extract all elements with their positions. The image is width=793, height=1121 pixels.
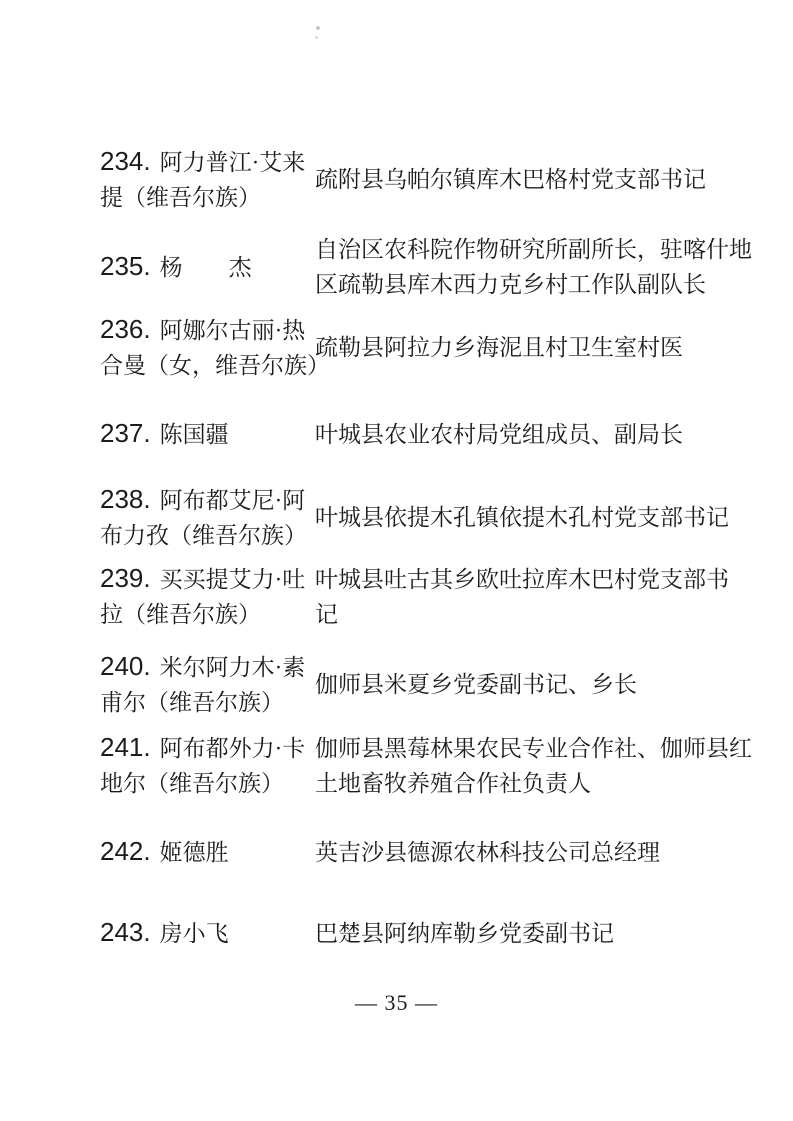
- entry-row: 236.阿娜尔古丽·热合曼（女，维吾尔族）疏勒县阿拉力乡海泥且村卫生室村医: [100, 312, 760, 383]
- entry-name-line: 提（维吾尔族）: [100, 180, 315, 215]
- entry-row: 238.阿布都艾尼·阿布力孜（维吾尔族）叶城县依提木孔镇依提木孔村党支部书记: [100, 482, 760, 553]
- entry-number: 243.: [100, 917, 151, 947]
- page-footer: — 35 —: [0, 990, 793, 1016]
- entry-name-text: 阿布都艾尼·阿: [160, 488, 306, 513]
- entry-number: 237.: [100, 418, 151, 448]
- entry-row: 239.买买提艾力·吐拉（维吾尔族）叶城县吐古其乡欧吐拉库木巴村党支部书记: [100, 561, 760, 632]
- entry-number: 236.: [100, 314, 151, 344]
- entry-description-cell: 疏附县乌帕尔镇库木巴格村党支部书记: [315, 162, 760, 197]
- entry-row: 235.杨 杰自治区农科院作物研究所副所长，驻喀什地区疏勒县库木西力克乡村工作队…: [100, 232, 760, 302]
- entry-number: 238.: [100, 484, 151, 514]
- entry-description-cell: 巴楚县阿纳库勒乡党委副书记: [315, 916, 760, 951]
- entry-name-text: 房小飞: [160, 921, 229, 946]
- entry-description-line: 区疏勒县库木西力克乡村工作队副队长: [315, 267, 760, 302]
- entry-name-text: 杨 杰: [160, 255, 252, 280]
- entry-name-cell: 234.阿力普江·艾来提（维吾尔族）: [100, 144, 315, 215]
- document-page: 234.阿力普江·艾来提（维吾尔族）疏附县乌帕尔镇库木巴格村党支部书记235.杨…: [0, 0, 793, 1121]
- entry-description-line: 巴楚县阿纳库勒乡党委副书记: [315, 916, 760, 951]
- entry-name-line: 合曼（女，维吾尔族）: [100, 348, 315, 383]
- entry-name-line: 243.房小飞: [100, 915, 315, 951]
- entry-description-line: 叶城县吐古其乡欧吐拉库木巴村党支部书: [315, 562, 760, 597]
- entry-name-line: 241.阿布都外力·卡: [100, 730, 315, 766]
- entry-number: 240.: [100, 651, 151, 681]
- entry-row: 242.姬德胜英吉沙县德源农林科技公司总经理: [100, 834, 760, 870]
- entry-row: 243.房小飞巴楚县阿纳库勒乡党委副书记: [100, 915, 760, 951]
- entry-description-cell: 叶城县吐古其乡欧吐拉库木巴村党支部书记: [315, 562, 760, 632]
- entry-name-line: 239.买买提艾力·吐: [100, 561, 315, 597]
- entry-name-cell: 240.米尔阿力木·素甫尔（维吾尔族）: [100, 649, 315, 720]
- entry-name-cell: 241.阿布都外力·卡地尔（维吾尔族）: [100, 730, 315, 801]
- entry-description-line: 记: [315, 597, 760, 632]
- entries-list: 234.阿力普江·艾来提（维吾尔族）疏附县乌帕尔镇库木巴格村党支部书记235.杨…: [100, 144, 760, 951]
- entry-row: 241.阿布都外力·卡地尔（维吾尔族）伽师县黑莓林果农民专业合作社、伽师县红土地…: [100, 730, 760, 801]
- entry-name-line: 布力孜（维吾尔族）: [100, 518, 315, 553]
- entry-name-line: 地尔（维吾尔族）: [100, 766, 315, 801]
- entry-description-line: 疏勒县阿拉力乡海泥且村卫生室村医: [315, 330, 760, 365]
- entry-name-line: 236.阿娜尔古丽·热: [100, 312, 315, 348]
- scan-speck: [315, 36, 318, 39]
- entry-name-text: 阿力普江·艾来: [160, 150, 306, 175]
- entry-description-line: 土地畜牧养殖合作社负责人: [315, 766, 760, 801]
- entry-name-text: 姬德胜: [160, 840, 229, 865]
- entry-row: 237.陈国疆叶城县农业农村局党组成员、副局长: [100, 416, 760, 452]
- entry-description-line: 伽师县米夏乡党委副书记、乡长: [315, 667, 760, 702]
- entry-name-line: 238.阿布都艾尼·阿: [100, 482, 315, 518]
- entry-number: 241.: [100, 732, 151, 762]
- entry-description-line: 伽师县黑莓林果农民专业合作社、伽师县红: [315, 731, 760, 766]
- entry-number: 234.: [100, 146, 151, 176]
- entry-name-cell: 239.买买提艾力·吐拉（维吾尔族）: [100, 561, 315, 632]
- entry-description-line: 叶城县农业农村局党组成员、副局长: [315, 417, 760, 452]
- entry-description-line: 叶城县依提木孔镇依提木孔村党支部书记: [315, 500, 760, 535]
- entry-name-line: 234.阿力普江·艾来: [100, 144, 315, 180]
- entry-description-line: 英吉沙县德源农林科技公司总经理: [315, 835, 760, 870]
- entry-description-cell: 英吉沙县德源农林科技公司总经理: [315, 835, 760, 870]
- entry-description-line: 自治区农科院作物研究所副所长，驻喀什地: [315, 232, 760, 267]
- page-number: — 35 —: [355, 990, 438, 1015]
- entry-description-cell: 伽师县黑莓林果农民专业合作社、伽师县红土地畜牧养殖合作社负责人: [315, 731, 760, 801]
- entry-name-text: 米尔阿力木·素: [160, 655, 306, 680]
- entry-name-cell: 236.阿娜尔古丽·热合曼（女，维吾尔族）: [100, 312, 315, 383]
- entry-description-cell: 伽师县米夏乡党委副书记、乡长: [315, 667, 760, 702]
- scan-speck: [316, 26, 320, 30]
- entry-name-text: 买买提艾力·吐: [160, 567, 306, 592]
- entry-name-cell: 243.房小飞: [100, 915, 315, 951]
- entry-name-line: 235.杨 杰: [100, 249, 315, 285]
- entry-name-line: 237.陈国疆: [100, 416, 315, 452]
- entry-row: 240.米尔阿力木·素甫尔（维吾尔族）伽师县米夏乡党委副书记、乡长: [100, 649, 760, 720]
- entry-name-text: 陈国疆: [160, 422, 229, 447]
- entry-name-cell: 242.姬德胜: [100, 834, 315, 870]
- entry-name-line: 拉（维吾尔族）: [100, 597, 315, 632]
- entry-name-text: 阿娜尔古丽·热: [160, 318, 306, 343]
- entry-number: 239.: [100, 563, 151, 593]
- entry-name-line: 甫尔（维吾尔族）: [100, 685, 315, 720]
- entry-description-cell: 叶城县农业农村局党组成员、副局长: [315, 417, 760, 452]
- entry-name-line: 242.姬德胜: [100, 834, 315, 870]
- entry-number: 235.: [100, 251, 151, 281]
- entry-name-cell: 235.杨 杰: [100, 249, 315, 285]
- entry-row: 234.阿力普江·艾来提（维吾尔族）疏附县乌帕尔镇库木巴格村党支部书记: [100, 144, 760, 215]
- entry-name-text: 阿布都外力·卡: [160, 736, 306, 761]
- entry-description-cell: 自治区农科院作物研究所副所长，驻喀什地区疏勒县库木西力克乡村工作队副队长: [315, 232, 760, 302]
- entry-description-line: 疏附县乌帕尔镇库木巴格村党支部书记: [315, 162, 760, 197]
- entry-name-cell: 238.阿布都艾尼·阿布力孜（维吾尔族）: [100, 482, 315, 553]
- entry-name-line: 240.米尔阿力木·素: [100, 649, 315, 685]
- entry-name-cell: 237.陈国疆: [100, 416, 315, 452]
- entry-number: 242.: [100, 836, 151, 866]
- entry-description-cell: 疏勒县阿拉力乡海泥且村卫生室村医: [315, 330, 760, 365]
- entry-description-cell: 叶城县依提木孔镇依提木孔村党支部书记: [315, 500, 760, 535]
